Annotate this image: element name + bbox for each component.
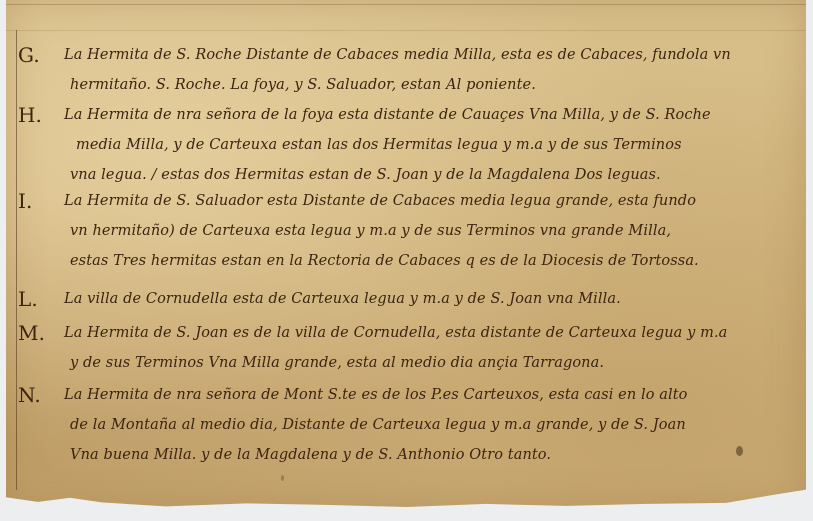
entry-text: hermitaño. S. Roche. La foya, y S. Salua…	[70, 70, 536, 100]
entry-line: vn hermitaño) de Carteuxa esta legua y m…	[6, 216, 806, 246]
entry-l: L. La villa de Cornudella esta de Carteu…	[6, 284, 806, 318]
entry-marker: M.	[18, 318, 58, 348]
entry-h: H. La Hermita de nra señora de la foya e…	[6, 100, 806, 186]
entry-text: media Milla, y de Carteuxa estan las dos…	[76, 130, 682, 160]
entry-marker: H.	[18, 100, 58, 130]
entry-line: L. La villa de Cornudella esta de Carteu…	[6, 284, 806, 314]
entry-line: H. La Hermita de nra señora de la foya e…	[6, 100, 806, 130]
entry-text: La Hermita de S. Joan es de la villa de …	[64, 318, 727, 348]
entry-i: I. La Hermita de S. Saluador esta Distan…	[6, 186, 806, 284]
entry-line: de la Montaña al medio dia, Distante de …	[6, 410, 806, 440]
entry-line: Vna buena Milla. y de la Magdalena y de …	[6, 440, 806, 470]
ink-stain	[281, 475, 284, 481]
entry-text: estas Tres hermitas estan en la Rectoria…	[70, 246, 699, 276]
manuscript-page: G. La Hermita de S. Roche Distante de Ca…	[6, 0, 806, 510]
entry-line: estas Tres hermitas estan en la Rectoria…	[6, 246, 806, 276]
entry-g: G. La Hermita de S. Roche Distante de Ca…	[6, 40, 806, 100]
entry-marker: G.	[18, 40, 58, 70]
ruled-line	[6, 30, 806, 31]
entry-text: Vna buena Milla. y de la Magdalena y de …	[70, 440, 551, 470]
entry-text: La villa de Cornudella esta de Carteuxa …	[64, 284, 621, 314]
entry-line: N. La Hermita de nra señora de Mont S.te…	[6, 380, 806, 410]
entry-text: La Hermita de S. Saluador esta Distante …	[64, 186, 696, 216]
entry-n: N. La Hermita de nra señora de Mont S.te…	[6, 380, 806, 470]
manuscript-text: G. La Hermita de S. Roche Distante de Ca…	[6, 40, 806, 470]
entry-line: G. La Hermita de S. Roche Distante de Ca…	[6, 40, 806, 70]
ruled-line	[6, 4, 806, 5]
entry-text: de la Montaña al medio dia, Distante de …	[70, 410, 686, 440]
entry-line: y de sus Terminos Vna Milla grande, esta…	[6, 348, 806, 378]
entry-text: vn hermitaño) de Carteuxa esta legua y m…	[70, 216, 671, 246]
entry-line: I. La Hermita de S. Saluador esta Distan…	[6, 186, 806, 216]
entry-line: M. La Hermita de S. Joan es de la villa …	[6, 318, 806, 348]
entry-text: La Hermita de nra señora de la foya esta…	[64, 100, 711, 130]
entry-line: hermitaño. S. Roche. La foya, y S. Salua…	[6, 70, 806, 100]
entry-text: y de sus Terminos Vna Milla grande, esta…	[70, 348, 604, 378]
entry-marker: L.	[18, 284, 58, 314]
entry-m: M. La Hermita de S. Joan es de la villa …	[6, 318, 806, 380]
document-viewport: G. La Hermita de S. Roche Distante de Ca…	[0, 0, 813, 521]
entry-text: La Hermita de S. Roche Distante de Cabac…	[64, 40, 731, 70]
entry-marker: I.	[18, 186, 58, 216]
entry-line: media Milla, y de Carteuxa estan las dos…	[6, 130, 806, 160]
entry-text: La Hermita de nra señora de Mont S.te es…	[64, 380, 688, 410]
entry-marker: N.	[18, 380, 58, 410]
